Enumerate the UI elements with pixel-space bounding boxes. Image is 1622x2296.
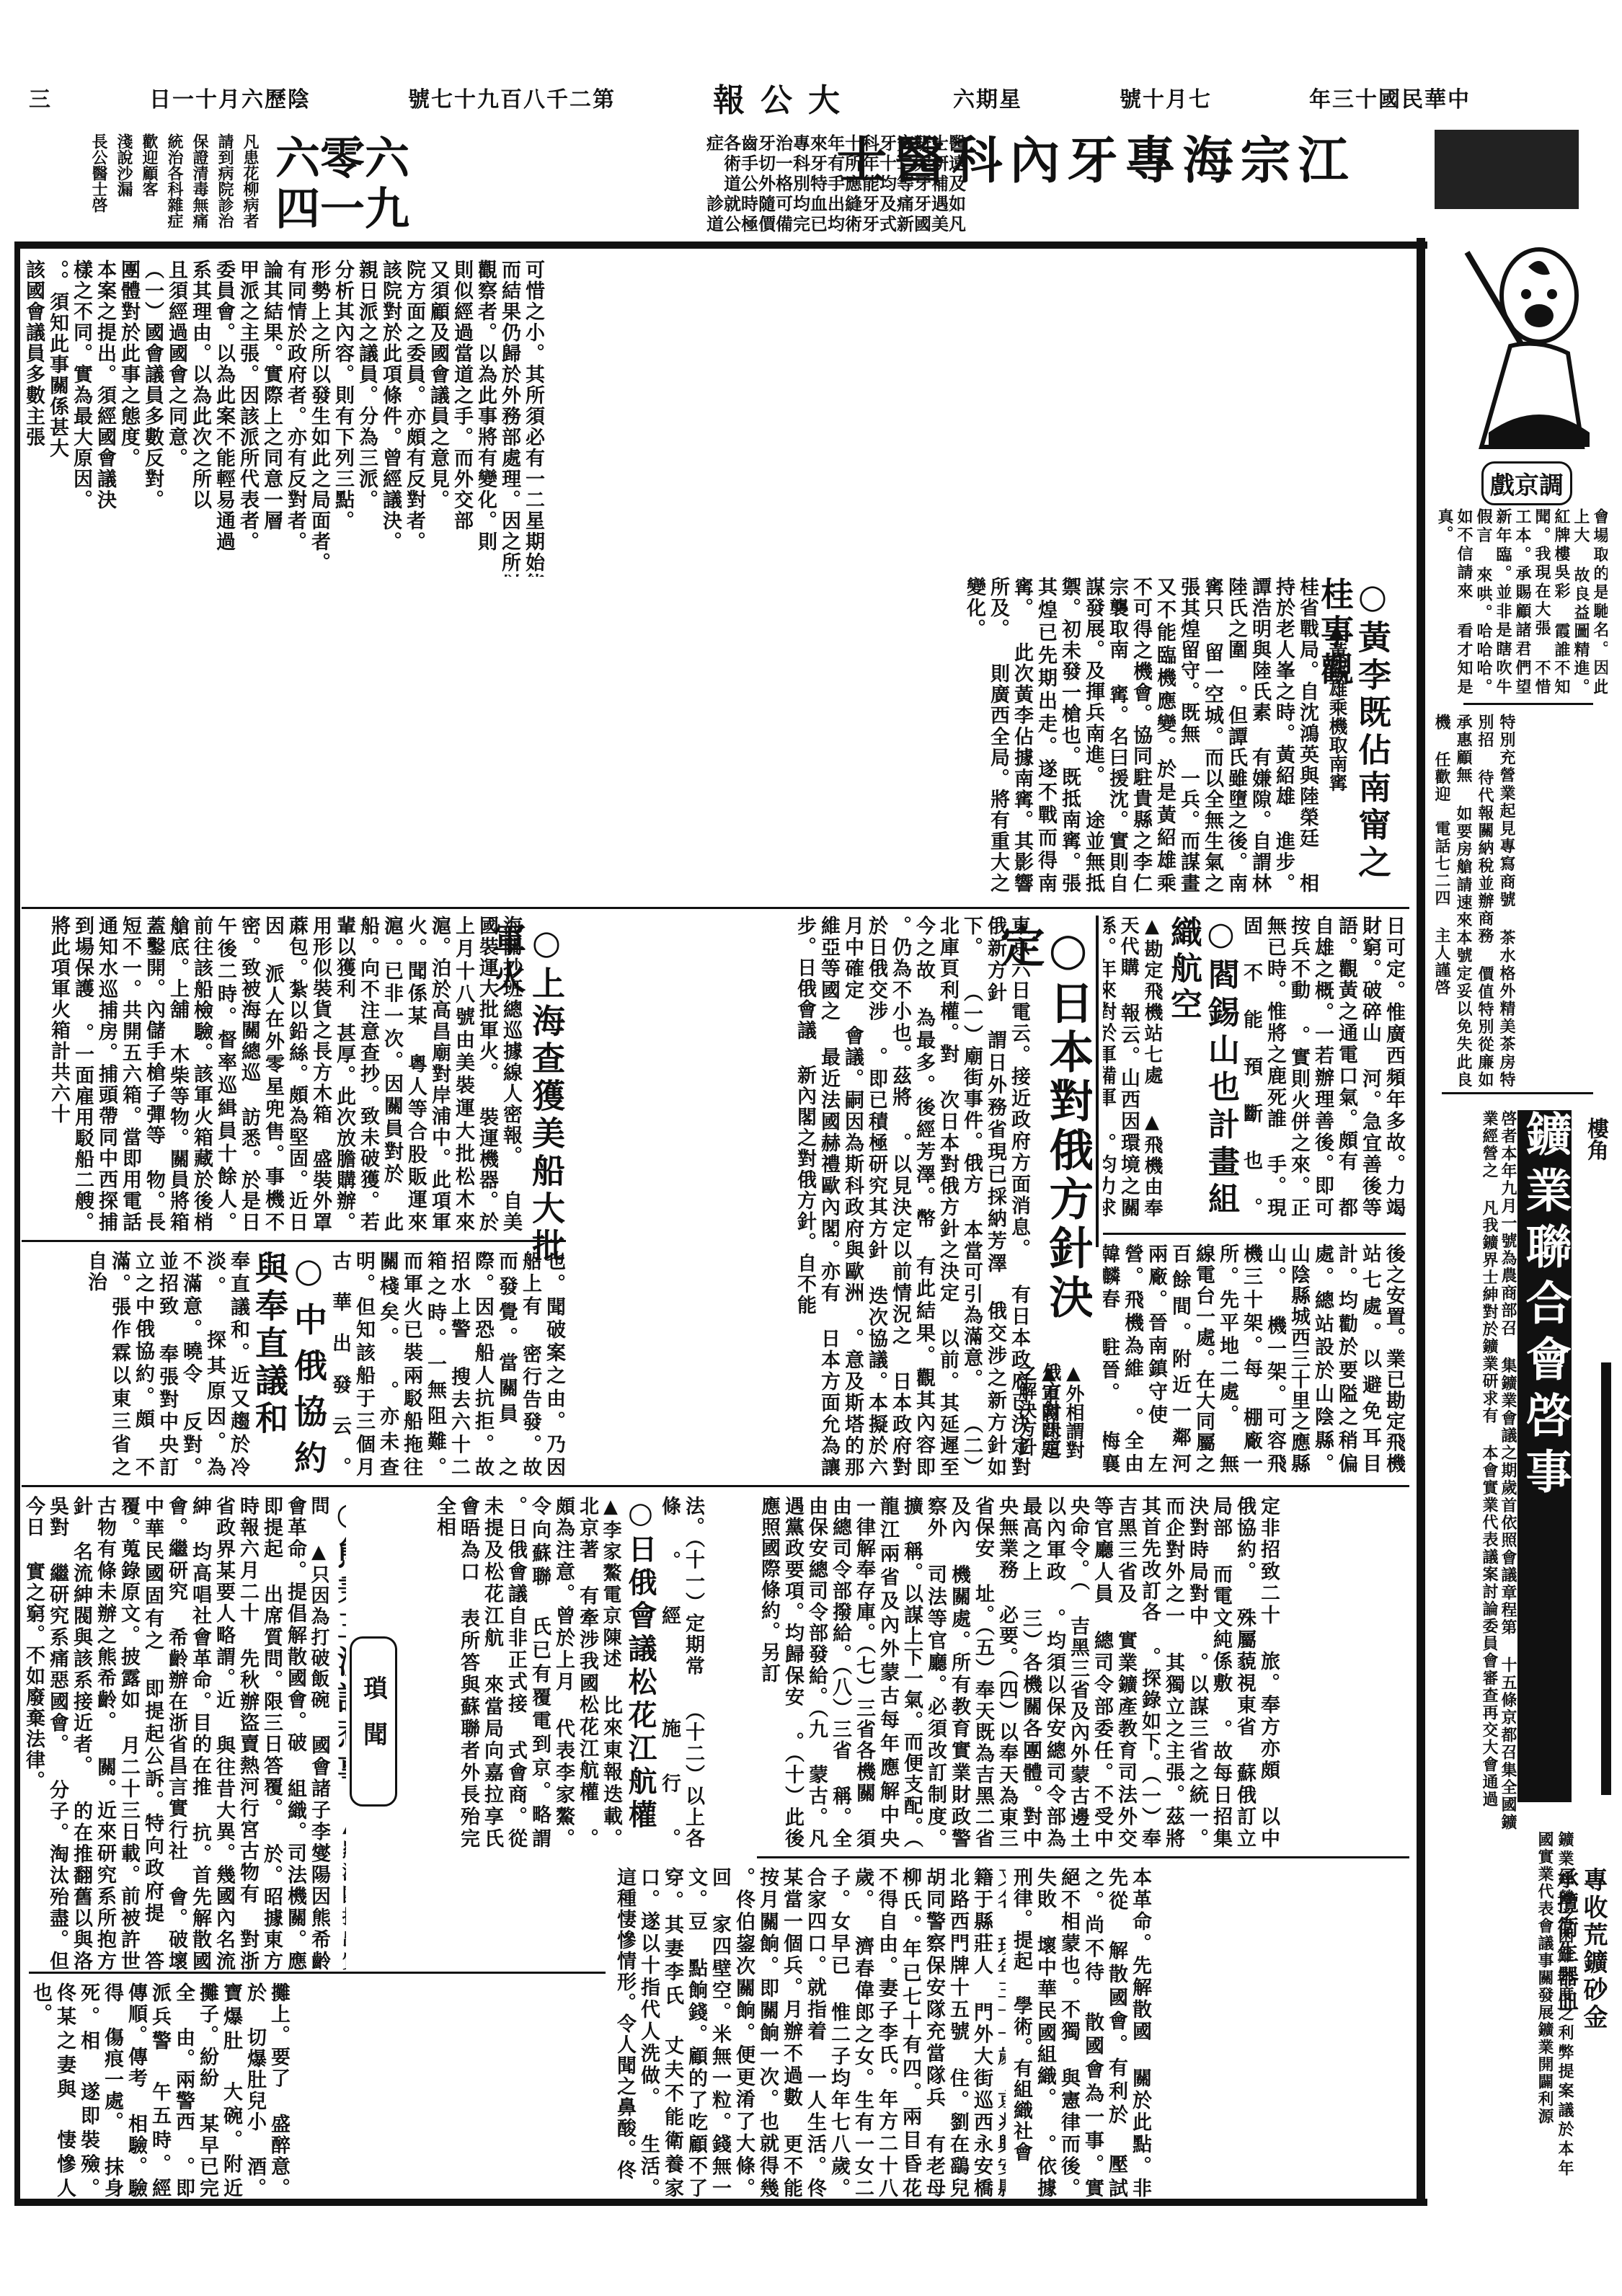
xiong-bingsan-continued: 本革命。先解散國 關於此點。非先從 解散國會。有利於 壓試之。尚不待 散國會為一… bbox=[1009, 1867, 1406, 2199]
masthead-paper-name: 大公報 bbox=[713, 74, 856, 120]
right-column-border bbox=[1417, 238, 1425, 2199]
clinic-notice: 統治各科雜症 bbox=[164, 133, 184, 234]
dentist-ad: 江宗海專牙 內科醫士 醫士研究牙科十年來專治牙齒各症 遠研究二十年所有牙科一切手… bbox=[425, 133, 1420, 234]
shanghai-arms-text-bottom: 也。聞破案之由。乃因船上有 密行告發。故而發覺。當關員 之際。因恐船人抗拒。故招… bbox=[22, 1251, 566, 1478]
japan-russia-text: 東京六日電云。接近政府方面消息。 有日本政府已決定對俄新方針 謂日外務省現已採納… bbox=[570, 916, 1031, 1478]
clinic-notice: 請到病院診治 bbox=[215, 133, 234, 234]
cartoon-caption-box: 調京戲 bbox=[1481, 461, 1572, 505]
dentist-body: 醫士研究牙科十年來專治牙齒各症 遠研究二十年所有牙科一切手術 及補牙等均能應手特… bbox=[447, 133, 966, 234]
opera-performer-cartoon-icon bbox=[1445, 238, 1590, 469]
right-ad-divider-2 bbox=[1442, 1092, 1593, 1094]
clinic-notice: 歡迎顧客 bbox=[139, 133, 159, 234]
phone-number-ad: 六零六 九一四 bbox=[260, 133, 425, 234]
header-rule bbox=[14, 241, 1427, 249]
xiong-bingsan-text: ○熊秉三演講惹事 ▲羅漢團提出質問 ▲只因為打破飯碗 國會諸子李燮陽因熊希齡 會… bbox=[22, 1496, 346, 1972]
masthead-page-number: 三 bbox=[29, 81, 52, 113]
row-divider-4 bbox=[29, 1972, 606, 1974]
shanghai-arms-divider bbox=[22, 1240, 566, 1242]
bottom-left-news: 攤上。要了 盛醉意。於 切爆肚兒小 酒。寶爆肚 大碗。附近 攤子。紛紛 某早已完… bbox=[29, 1982, 606, 2199]
dentist-line: 如遇牙痛及牙縫出血均可隨時就診 bbox=[447, 194, 966, 214]
left-page-border bbox=[14, 245, 20, 2206]
bottom-left-news-text: 攤上。要了 盛醉意。於 切爆肚兒小 酒。寶爆肚 大碗。附近 攤子。紛紛 某早已完… bbox=[29, 1982, 291, 2199]
circle-marker-icon: ○ bbox=[624, 1496, 657, 1534]
xiong-bingsan-headline: ○熊秉三演講惹事 bbox=[331, 1496, 346, 1789]
clinic-notice: 長公醫士啓 bbox=[89, 133, 108, 234]
row-divider-2 bbox=[22, 1485, 1409, 1487]
dentist-line: 凡美國新式牙術均已完備價極公道 bbox=[447, 214, 966, 234]
guangxi-subhead: ▲黃紹雄乘機取南寗 bbox=[1325, 620, 1348, 894]
xiong-bingsan-continued-text: 本革命。先解散國 關於此點。非先從 解散國會。有利於 壓試之。尚不待 散國會為一… bbox=[1009, 1867, 1152, 2199]
cartoon-ad-text: 曾給有獎品。巴拿馬賽 會場取的是馳名。因此上大 故良益圖精進。紅牌樓吳彩 霞誰不… bbox=[1435, 508, 1608, 696]
cartoon-ad: 調京戲 bbox=[1438, 238, 1604, 505]
beijing-suicide-article: 明白答覆。 ○北京一個自殺的警察 ▲原來是被經濟制度害了 京正陽門外糧食店六必居… bbox=[613, 1867, 1006, 2199]
circle-marker-icon: ○ bbox=[527, 923, 566, 966]
hotel-corner-label: 樓角 bbox=[1579, 1117, 1611, 1161]
column-divider bbox=[1096, 916, 1099, 1247]
footer-rule bbox=[14, 2199, 1427, 2206]
clinic-notice: 凡患花柳病者 bbox=[240, 133, 260, 234]
russo-japan-conference-article: 法。（十一）定期常 （十二）以上各條。經 施行。 ○日俄會議松花江航權 ▲李家鰲… bbox=[433, 1496, 753, 1849]
dentist-line: 遠研究二十年所有牙科一切手術 bbox=[447, 154, 966, 174]
hotel-ad-body: 特別充營業起見專寫商號 茶水格外精美茶房特別招 待代報關納稅並辦商務 價值特別從… bbox=[1431, 714, 1517, 1089]
sino-russian-headline: ○中俄協約與奉直議和 bbox=[250, 1251, 328, 1478]
masthead-issue-number: 第二千八百九十七號 bbox=[408, 81, 616, 113]
yan-xishan-text-top: 日可定。惟廣西頻年多故。力竭財窮。破碎山 河。急宜善後等語。觀黃之通電口氣。頗有… bbox=[1103, 916, 1406, 1218]
masthead-date-republic: 中華民國十三年 bbox=[1309, 81, 1471, 113]
calligraphy-stroke-decoration bbox=[1558, 1362, 1611, 1795]
top-right-ad-fragment bbox=[1435, 130, 1579, 209]
circle-marker-icon: ○ bbox=[1202, 916, 1239, 958]
right-ad-divider-1 bbox=[1463, 703, 1593, 705]
xiong-bingsan-article: ○熊秉三演講惹事 ▲羅漢團提出質問 ▲只因為打破飯碗 國會諸子李燮陽因熊希齡 會… bbox=[22, 1496, 346, 1972]
yan-xishan-text-bottom: 後之安置。業已勘定飛機站七處。以避免耳目 計。均勸於要隘之稍偏處。總站設於山陰縣… bbox=[1103, 1244, 1406, 1474]
beijing-suicide-text: 明白答覆。 ○北京一個自殺的警察 ▲原來是被經濟制度害了 京正陽門外糧食店六必居… bbox=[613, 1867, 1006, 2199]
row-divider-1 bbox=[22, 907, 1409, 909]
xiong-bingsan-subhead: ▲只因為打破飯碗 bbox=[308, 1541, 329, 1711]
russo-japan-conference-subhead: ▲李家鰲電京陳述 bbox=[600, 1496, 621, 1670]
dentist-line: 及補牙等均能應手特別格外公道 bbox=[447, 174, 966, 194]
shanghai-arms-article: ○上海查獲美船大批軍火 海關抄班總巡據線人密報。 自美國裝運大批軍火。 裝運機器… bbox=[22, 916, 566, 1478]
phone-number-line2: 九一四 bbox=[260, 184, 425, 234]
circle-marker-icon: ○ bbox=[289, 1251, 328, 1303]
sino-russian-article: 定非招致二十 旅。奉方亦頗 以中俄協約。 殊屬藐視東省 蘇俄訂立局部 而電文純係… bbox=[757, 1496, 1406, 1849]
japan-russia-article: ○日本對俄方針決定 ▲外相謂對俄方針決定 ▲軍閥問題之解決方針 東京六日電云。接… bbox=[570, 916, 1092, 1478]
masthead-month-day: 七月十號 bbox=[1120, 81, 1212, 113]
clinic-notices: 凡患花柳病者 請到病院診治 保證清毒無痛 統治各科雜症 歡迎顧客 淺說沙漏 長公… bbox=[14, 133, 260, 234]
mining-body: 啓者本年九月一號為農商部召 集鑛業會議之期歲首依照會議章程第 十五條京都召集全國… bbox=[1431, 1110, 1517, 1831]
guangxi-text: 桂省戰局。自沈鴻英與陸榮廷 相持於老人峯之時。黃紹雄 進步。譚浩明與陸氏素 有嫌… bbox=[454, 577, 1319, 894]
masthead: 中華民國十三年 七月十號 星期六 大公報 第二千八百九十七號 陰歷六月十一日 三 bbox=[29, 79, 1471, 115]
masthead-weekday: 星期六 bbox=[953, 81, 1022, 113]
mining-side-text2: 承攬衛生器皿 bbox=[1549, 1867, 1581, 2014]
yan-xishan-subhead: ▲勘定飛機站七處 bbox=[1141, 916, 1163, 1086]
shanghai-arms-text: 海關抄班總巡據線人密報。 自美國裝運大批軍火。 裝運機器。於上月十八號由美裝運大… bbox=[22, 916, 523, 1233]
sino-russian-text: 定非招致二十 旅。奉方亦頗 以中俄協約。 殊屬藐視東省 蘇俄訂立局部 而電文純係… bbox=[757, 1496, 1280, 1849]
russo-japan-conference-headline: ○日俄會議松花江航權 bbox=[623, 1496, 657, 1832]
trivia-section-label: 瑣聞 bbox=[356, 1675, 391, 1768]
mining-association-ad: 樓角 鑛業聯合會啓事 啓者本年九月一號為農商部召 集鑛業會議之期歲首依照會議章程… bbox=[1431, 1103, 1618, 2184]
yan-xishan-headline: ○閻錫山也計畫組織航空 bbox=[1164, 916, 1239, 1218]
circle-marker-icon: ○ bbox=[1353, 577, 1392, 620]
hotel-ad: 特別充營業起見專寫商號 茶水格外精美茶房特別招 待代報關納稅並辦商務 價值特別從… bbox=[1431, 714, 1608, 1089]
dentist-line: 醫士研究牙科十年來專治牙齒各症 bbox=[447, 133, 966, 154]
yan-xishan-article: 日可定。惟廣西頻年多故。力竭財窮。破碎山 河。急宜善後等語。觀黃之通電口氣。頗有… bbox=[1103, 916, 1406, 1478]
mining-side-text: 專收荒鑛砂金 bbox=[1576, 1867, 1611, 2031]
clinic-notice: 保證清毒無痛 bbox=[190, 133, 209, 234]
clinic-notice: 淺說沙漏 bbox=[114, 133, 133, 234]
circle-marker-icon: ○ bbox=[332, 1496, 346, 1537]
cartoon-ad-body: 曾給有獎品。巴拿馬賽 會場取的是馳名。因此上大 故良益圖精進。紅牌樓吳彩 霞誰不… bbox=[1435, 508, 1608, 696]
phone-number-line1: 六零六 bbox=[260, 133, 425, 184]
trivia-section-label-box: 瑣聞 bbox=[350, 1636, 397, 1807]
yan-xishan-divider bbox=[1103, 1233, 1406, 1235]
circle-marker-icon: ○ bbox=[1042, 923, 1092, 980]
masthead-lunar-date: 陰歷六月十一日 bbox=[149, 81, 311, 113]
cartoon-caption: 調京戲 bbox=[1490, 466, 1564, 501]
guangxi-article: ○黃李既佔南甯之桂事觀 ▲黃紹雄乘機取南寗 桂省戰局。自沈鴻英與陸榮廷 相持於老… bbox=[447, 577, 1406, 894]
russo-japan-conference-text: 法。（十一）定期常 （十二）以上各條。經 施行。 ○日俄會議松花江航權 ▲李家鰲… bbox=[433, 1496, 705, 1849]
row-divider-3 bbox=[757, 1856, 1409, 1858]
